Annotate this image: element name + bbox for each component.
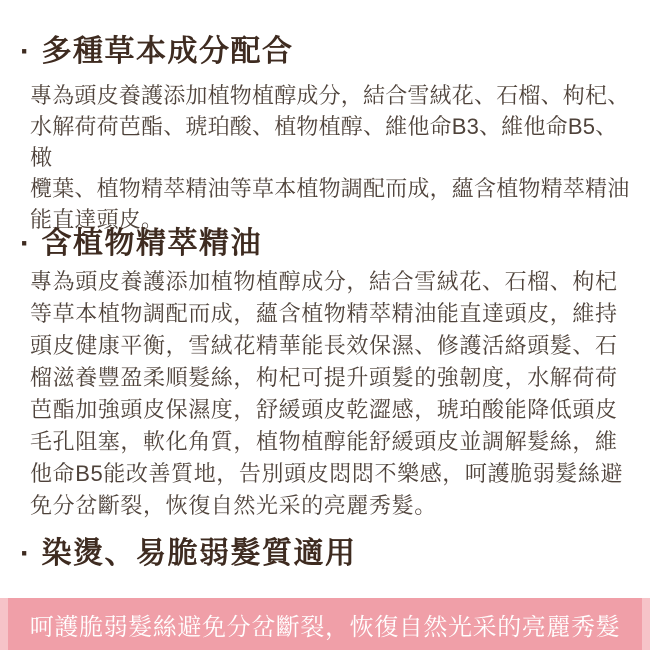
feature-heading-text: 染燙、易脆弱髮質適用 xyxy=(42,536,357,572)
feature-heading-plant-essence-oil: · 含植物精萃精油 xyxy=(20,226,262,262)
highlight-banner: 呵護脆弱髮絲避免分岔斷裂，恢復自然光采的亮麗秀髮 xyxy=(0,598,650,650)
product-description-panel: · 多種草本成分配合 專為頭皮養護添加植物植醇成分，結合雪絨花、石榴、枸杞、 水… xyxy=(0,0,650,650)
bullet-icon: · xyxy=(20,34,32,70)
highlight-banner-inner: 呵護脆弱髮絲避免分岔斷裂，恢復自然光采的亮麗秀髮 xyxy=(8,598,642,650)
banner-text: 呵護脆弱髮絲避免分岔斷裂，恢復自然光采的亮麗秀髮 xyxy=(30,607,620,642)
feature-heading-text: 含植物精萃精油 xyxy=(42,226,263,262)
feature-description-plant-essence-oil: 專為頭皮養護添加植物植醇成分，結合雪絨花、石榴、枸杞 等草本植物調配而成，蘊含植… xyxy=(30,266,635,522)
bullet-icon: · xyxy=(20,226,32,262)
bullet-icon: · xyxy=(20,536,32,572)
feature-description-herbal-ingredients: 專為頭皮養護添加植物植醇成分，結合雪絨花、石榴、枸杞、 水解荷荷芭酯、琥珀酸、植… xyxy=(30,80,635,235)
feature-heading-herbal-ingredients: · 多種草本成分配合 xyxy=(20,34,294,70)
feature-heading-text: 多種草本成分配合 xyxy=(42,34,294,70)
feature-heading-suitable-hair-type: · 染燙、易脆弱髮質適用 xyxy=(20,536,357,572)
